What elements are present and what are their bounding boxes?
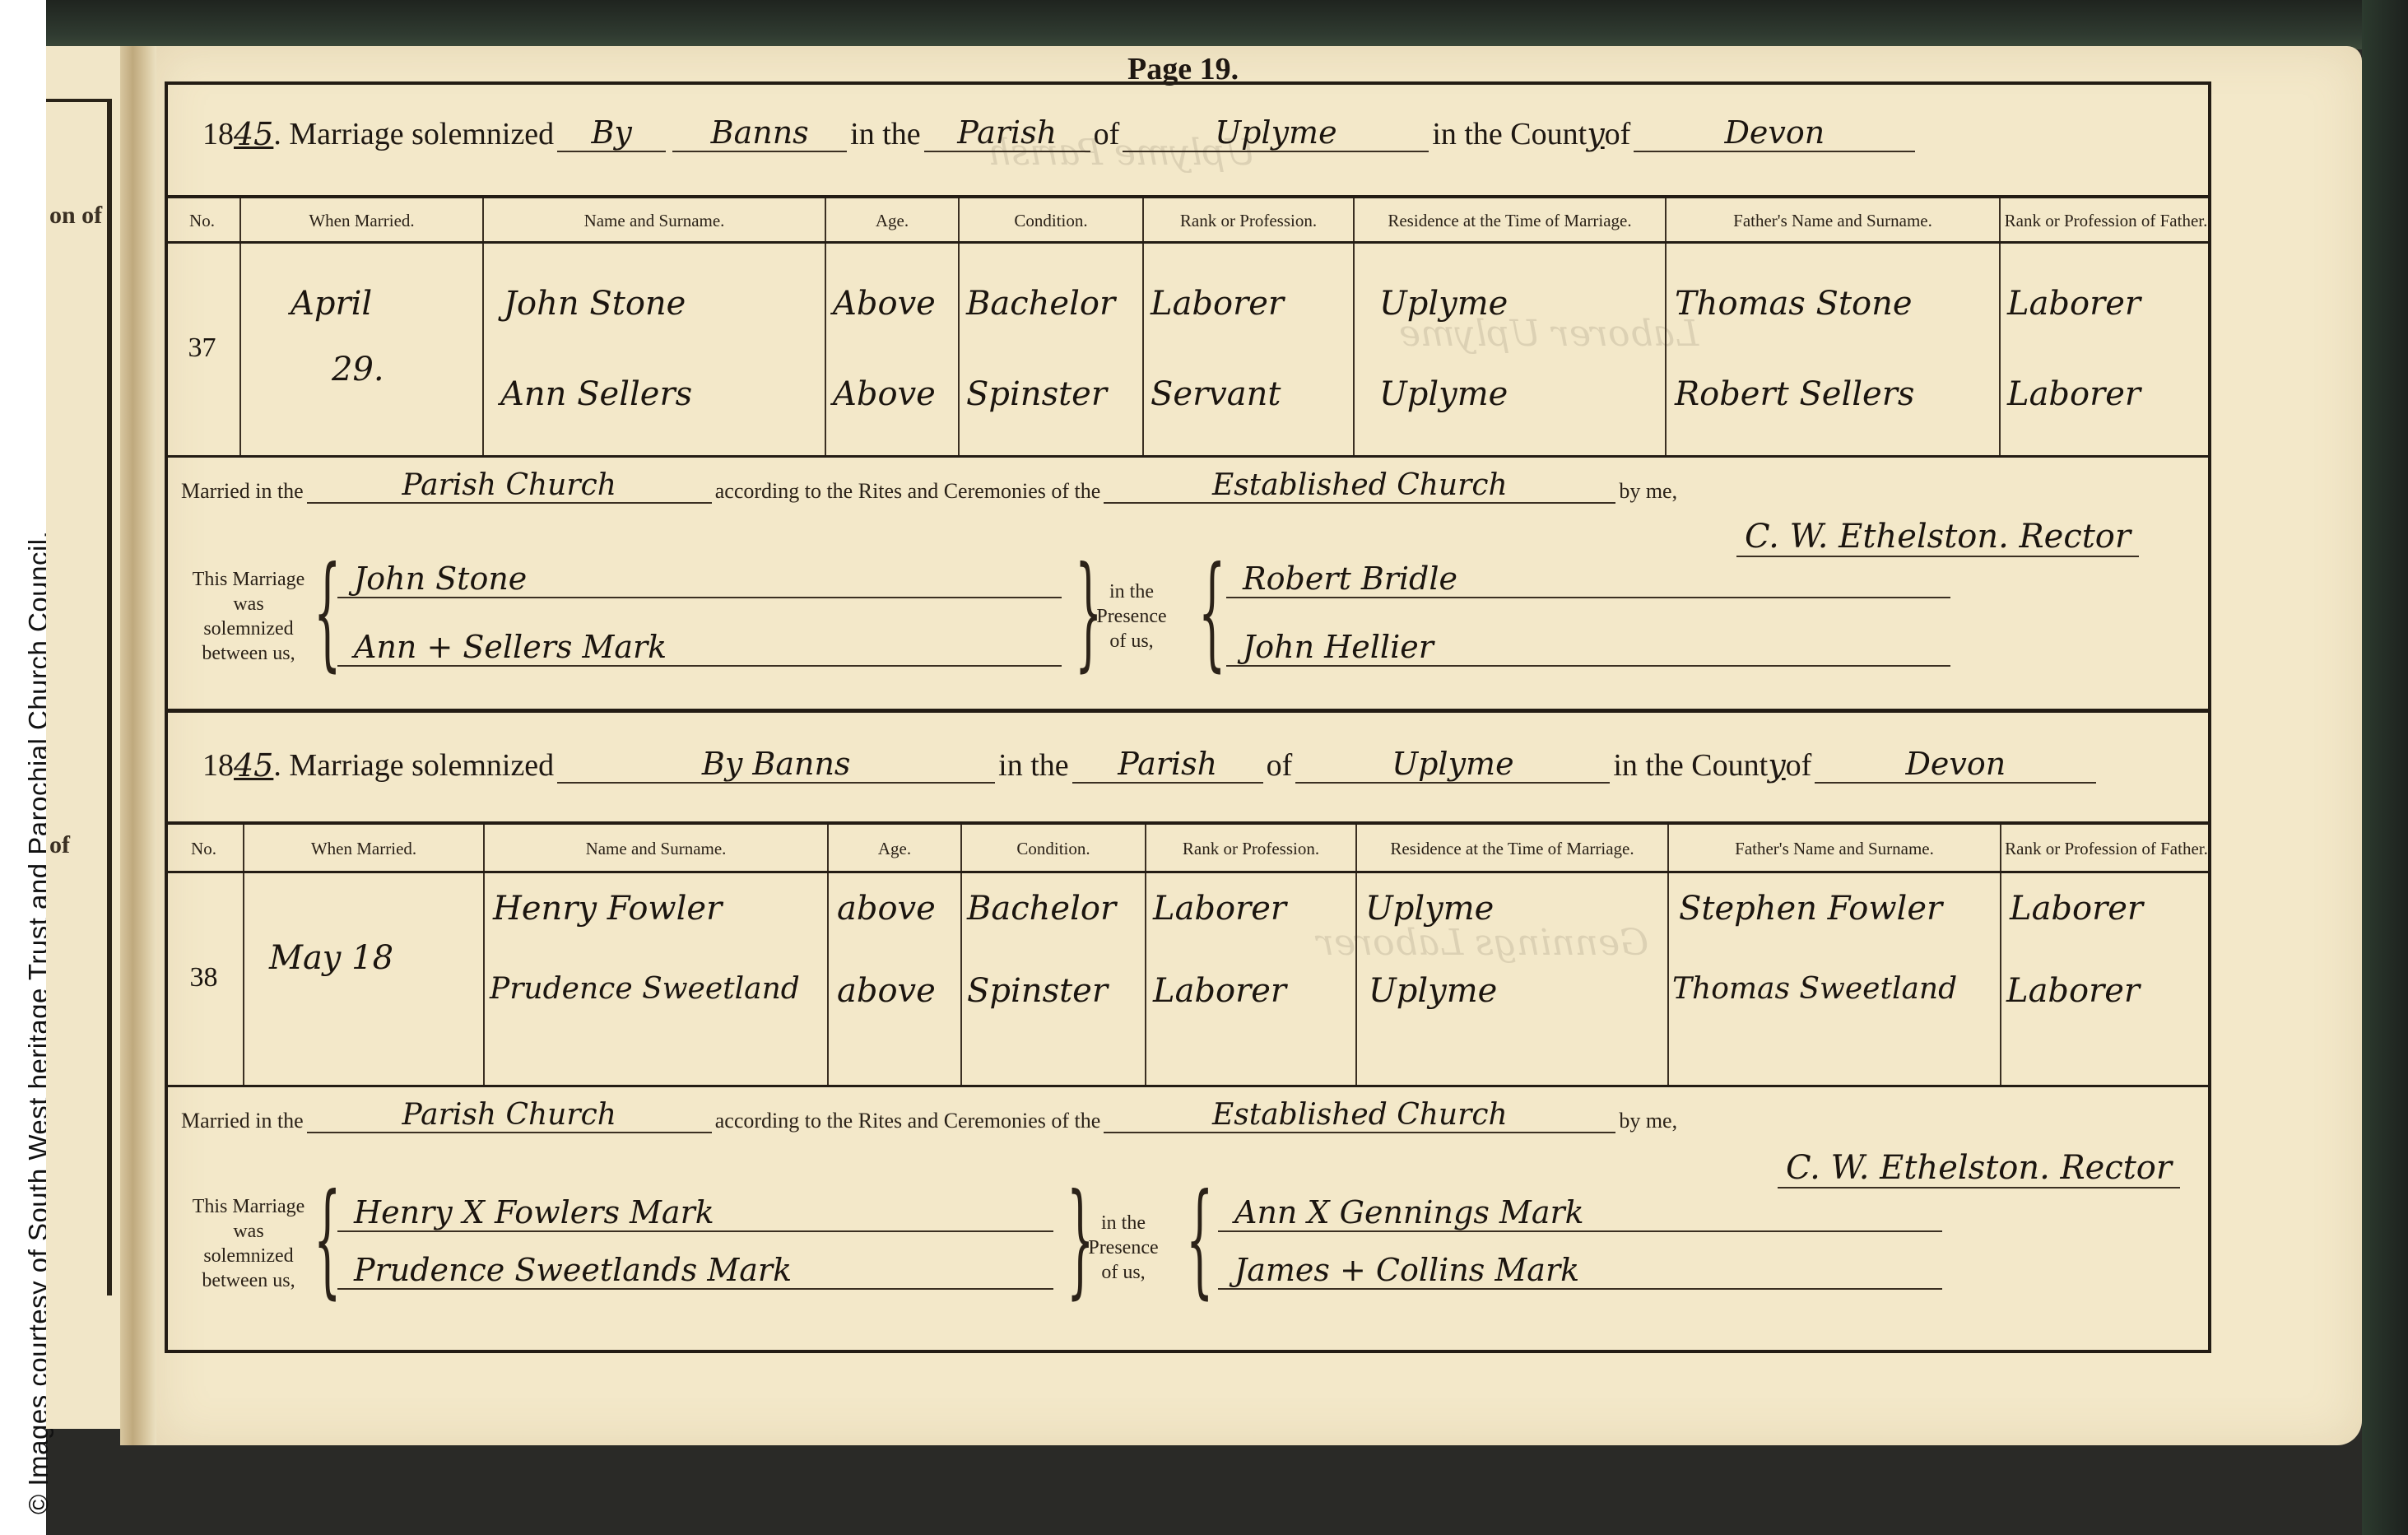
entry-number: 38: [165, 962, 243, 993]
bride-signature: Ann + Sellers Mark: [337, 629, 1062, 667]
col-header-name: Name and Surname.: [484, 198, 826, 243]
col-header-age: Age.: [826, 198, 960, 243]
label-marriage-solemnized: . Marriage solemnized: [273, 747, 554, 784]
cell-father-rank: Laborer Laborer: [2001, 873, 2211, 1086]
bride-condition: Spinster: [967, 972, 1140, 1010]
label-according-to: according to the Rites and Ceremonies of…: [715, 1109, 1101, 1133]
label-line: in the: [1086, 579, 1177, 604]
label-marriage-solemnized: . Marriage solemnized: [273, 116, 554, 152]
label-of: of: [1605, 116, 1631, 152]
groom-father-name: Thomas Stone: [1675, 285, 1994, 323]
marriage-entry-38: 1845. Marriage solemnized By Banns in th…: [165, 713, 2211, 1355]
entry-number: 37: [165, 333, 239, 364]
book-gutter: [120, 46, 156, 1445]
cell-age: Above Above: [826, 244, 960, 456]
married-in-field: Parish Church: [307, 1098, 712, 1133]
bride-residence: Uplyme: [1379, 375, 1660, 413]
year-suffix: 45: [234, 747, 273, 784]
label-county: in the Count: [1432, 116, 1587, 152]
groom-father-rank: Laborer: [2007, 285, 2206, 323]
groom-rank: Laborer: [1151, 285, 1348, 323]
solemnized-by-field: Banns: [672, 114, 847, 152]
marriage-month: April: [291, 285, 477, 323]
label-of: of: [1786, 747, 1812, 784]
left-page-fragment: of: [49, 831, 70, 859]
bride-father-name: Thomas Sweetland: [1672, 972, 1995, 1006]
left-brace: {: [1186, 1178, 1213, 1301]
groom-father-name: Stephen Fowler: [1679, 890, 1995, 928]
county-field: Devon: [1634, 114, 1915, 152]
col-header-condition: Condition.: [960, 198, 1144, 243]
cell-rank: Laborer Servant: [1144, 244, 1355, 456]
witness-signature: John Hellier: [1226, 629, 1950, 667]
place-type-field: Parish: [924, 114, 1090, 152]
entry-data-row: 37 April 29. John Stone Ann Sellers Abov…: [165, 244, 2211, 456]
bride-father-rank: Laborer: [2006, 972, 2206, 1010]
left-page-frame: [46, 99, 112, 1295]
label-by-me: by me,: [1619, 1109, 1677, 1133]
bride-father-name: Robert Sellers: [1675, 375, 1994, 413]
col-header-father-rank: Rank or Profession of Father.: [2001, 198, 2211, 243]
groom-residence: Uplyme: [1379, 285, 1660, 323]
groom-signature: Henry X Fowlers Mark: [337, 1194, 1053, 1232]
year-suffix: 45: [234, 116, 273, 152]
groom-signature: John Stone: [337, 561, 1062, 598]
groom-name: Henry Fowler: [493, 890, 822, 928]
entry-title: 1845. Marriage solemnized By Banns in th…: [202, 746, 2099, 784]
label-of: of: [1094, 116, 1120, 152]
label-line: in the: [1078, 1211, 1169, 1235]
bride-age: above: [837, 972, 955, 1010]
marriage-day: 29.: [332, 351, 477, 388]
col-header-condition: Condition.: [962, 825, 1146, 872]
col-header-when-married: When Married.: [244, 825, 485, 872]
column-header-row: No. When Married. Name and Surname. Age.…: [165, 825, 2211, 872]
year-prefix: 18: [202, 747, 234, 784]
col-header-rank: Rank or Profession.: [1146, 825, 1357, 872]
label-married-in: Married in the: [181, 1109, 304, 1133]
county-field: Devon: [1815, 746, 2096, 784]
label-in-presence: in the Presence of us,: [1078, 1211, 1169, 1285]
year-prefix: 18: [202, 116, 234, 152]
witness-signature: James + Collins Mark: [1218, 1252, 1942, 1290]
col-header-residence: Residence at the Time of Marriage.: [1357, 825, 1669, 872]
entry-data-row: 38 May 18 Henry Fowler Prudence Sweetlan…: [165, 873, 2211, 1086]
groom-residence: Uplyme: [1365, 890, 1662, 928]
label-line: solemnized: [174, 1244, 323, 1268]
place-field: Uplyme: [1295, 746, 1610, 784]
bride-rank: Laborer: [1153, 972, 1350, 1010]
signature-block: This Marriage was solemnized between us,…: [165, 1194, 2211, 1342]
marriage-date: May 18: [269, 939, 478, 977]
cell-no: 38: [165, 873, 244, 1086]
groom-rank: Laborer: [1153, 890, 1350, 928]
col-header-when-married: When Married.: [241, 198, 484, 243]
bride-father-rank: Laborer: [2007, 375, 2206, 413]
label-line: This Marriage: [174, 1194, 323, 1219]
solemnized-by-field: By: [557, 114, 666, 152]
label-line: between us,: [174, 641, 323, 666]
col-header-residence: Residence at the Time of Marriage.: [1355, 198, 1667, 243]
rites-field: Established Church: [1104, 468, 1615, 504]
column-header-row: No. When Married. Name and Surname. Age.…: [165, 198, 2211, 243]
cell-father-rank: Laborer Laborer: [2001, 244, 2211, 456]
cell-rank: Laborer Laborer: [1146, 873, 1357, 1086]
cell-father-name: Stephen Fowler Thomas Sweetland: [1669, 873, 2001, 1086]
married-in-line: Married in the Parish Church according t…: [181, 468, 2041, 504]
entry-title: 1845. Marriage solemnized By Banns in th…: [202, 114, 1918, 152]
witness-signature: Robert Bridle: [1226, 561, 1950, 598]
rites-field: Established Church: [1104, 1098, 1615, 1133]
label-in-presence: in the Presence of us,: [1086, 579, 1177, 654]
place-type-field: Parish: [1072, 746, 1263, 784]
label-line: of us,: [1086, 629, 1177, 654]
label-according-to: according to the Rites and Ceremonies of…: [715, 479, 1101, 504]
col-header-no: No.: [165, 198, 241, 243]
officiant-signature: C. W. Ethelston. Rector: [1778, 1149, 2180, 1188]
label-line: between us,: [174, 1268, 323, 1293]
bride-age: Above: [833, 375, 953, 413]
groom-name: John Stone: [504, 285, 820, 323]
label-line: Presence: [1078, 1235, 1169, 1260]
label-line: was: [174, 1219, 323, 1244]
book-binding-top: [46, 0, 2408, 49]
label-line: was: [174, 592, 323, 616]
groom-age: Above: [833, 285, 953, 323]
place-field: Uplyme: [1123, 114, 1429, 152]
cell-father-name: Thomas Stone Robert Sellers: [1667, 244, 2001, 456]
rule: [165, 1085, 2211, 1087]
cell-name: Henry Fowler Prudence Sweetland: [485, 873, 829, 1086]
cell-residence: Uplyme Uplyme: [1357, 873, 1669, 1086]
groom-father-rank: Laborer: [2010, 890, 2206, 928]
label-county: in the Count: [1613, 747, 1768, 784]
col-header-age: Age.: [829, 825, 962, 872]
bride-residence: Uplyme: [1369, 972, 1662, 1010]
left-page-fragment: on of: [49, 202, 102, 230]
witness-signature: Ann X Gennings Mark: [1218, 1194, 1942, 1232]
col-header-name: Name and Surname.: [485, 825, 829, 872]
cell-age: above above: [829, 873, 962, 1086]
col-header-father-name: Father's Name and Surname.: [1669, 825, 2001, 872]
label-in-the: in the: [850, 116, 920, 152]
cell-when-married: May 18: [244, 873, 485, 1086]
marriage-entry-37: 1845. Marriage solemnized By Banns in th…: [165, 81, 2211, 715]
groom-age: above: [837, 890, 955, 928]
cell-when-married: April 29.: [241, 244, 484, 456]
book-binding-right: [2362, 0, 2408, 1535]
county-suffix: y: [1768, 747, 1785, 784]
label-by-me: by me,: [1619, 479, 1677, 504]
label-line: solemnized: [174, 616, 323, 641]
groom-condition: Bachelor: [967, 890, 1140, 928]
cell-no: 37: [165, 244, 241, 456]
cell-condition: Bachelor Spinster: [960, 244, 1144, 456]
bride-condition: Spinster: [966, 375, 1137, 413]
label-married-in: Married in the: [181, 479, 304, 504]
label-line: This Marriage: [174, 567, 323, 592]
solemnized-by-field: By Banns: [557, 746, 995, 784]
bride-name: Prudence Sweetland: [490, 972, 822, 1006]
bride-name: Ann Sellers: [500, 375, 820, 413]
label-of: of: [1267, 747, 1293, 784]
col-header-father-rank: Rank or Profession of Father.: [2001, 825, 2211, 872]
label-this-marriage: This Marriage was solemnized between us,: [174, 567, 323, 666]
cell-condition: Bachelor Spinster: [962, 873, 1146, 1086]
cell-name: John Stone Ann Sellers: [484, 244, 826, 456]
col-header-no: No.: [165, 825, 244, 872]
county-suffix: y: [1587, 116, 1604, 152]
cell-residence: Uplyme Uplyme: [1355, 244, 1667, 456]
left-brace: {: [1198, 551, 1225, 674]
label-this-marriage: This Marriage was solemnized between us,: [174, 1194, 323, 1293]
label-in-the: in the: [998, 747, 1068, 784]
married-in-field: Parish Church: [307, 468, 712, 504]
label-line: of us,: [1078, 1260, 1169, 1285]
signature-block: This Marriage was solemnized between us,…: [165, 551, 2211, 699]
rule: [165, 455, 2211, 458]
bride-signature: Prudence Sweetlands Mark: [337, 1252, 1053, 1290]
groom-condition: Bachelor: [966, 285, 1137, 323]
copyright-strip: © Images courtesy of South West heritage…: [0, 0, 46, 1535]
col-header-father-name: Father's Name and Surname.: [1667, 198, 2001, 243]
label-line: Presence: [1086, 604, 1177, 629]
col-header-rank: Rank or Profession.: [1144, 198, 1355, 243]
bride-rank: Servant: [1151, 375, 1348, 413]
married-in-line: Married in the Parish Church according t…: [181, 1098, 2041, 1133]
